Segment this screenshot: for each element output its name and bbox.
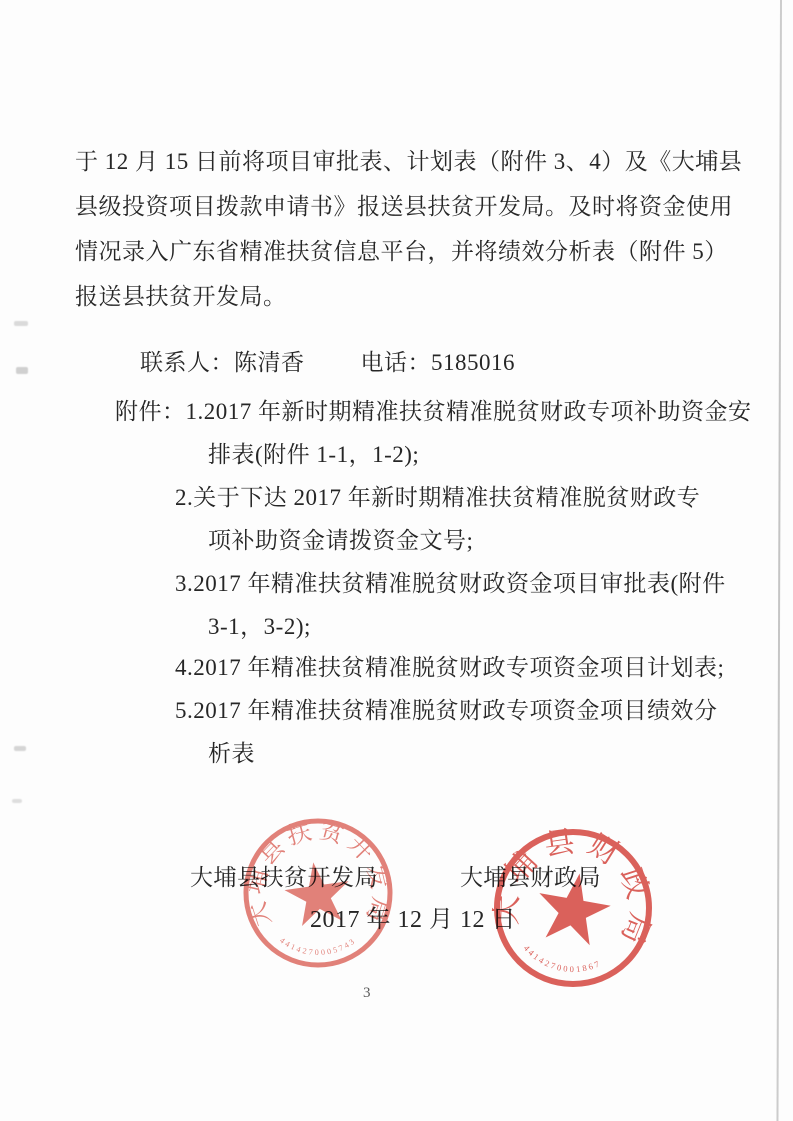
scan-smudge — [16, 367, 28, 374]
paragraph-line: 报送县扶贫开发局。 — [75, 283, 287, 311]
seal-ring — [246, 821, 390, 965]
attachment-line: 项补助资金请拨资金文号; — [208, 527, 473, 555]
scan-smudge — [14, 321, 28, 326]
paragraph-line: 于 12 月 15 日前将项目审批表、计划表（附件 3、4）及《大埔县 — [75, 148, 742, 176]
attachments-label-line: 附件：1.2017 年新时期精准扶贫精准脱贫财政专项补助资金安 — [115, 398, 752, 426]
contact-person-name: 陈清香 — [234, 350, 305, 375]
paragraph-line: 情况录入广东省精准扶贫信息平台，并将绩效分析表（附件 5） — [75, 238, 728, 266]
scanned-document-page: 于 12 月 15 日前将项目审批表、计划表（附件 3、4）及《大埔县 县级投资… — [0, 0, 793, 1121]
signature-date: 2017 年 12 月 12 日 — [310, 906, 516, 934]
attachment-line: 4.2017 年精准扶贫精准脱贫财政专项资金项目计划表; — [175, 654, 724, 682]
seal-code-text: 4414270005743 — [278, 936, 358, 957]
attachment-line: 排表(附件 1-1，1-2); — [208, 441, 419, 469]
contact-phone-number: 5185016 — [431, 350, 515, 375]
attachment-line: 3-1，3-2); — [208, 613, 311, 641]
scan-page-edge-line — [776, 0, 782, 1121]
attachment-line: 5.2017 年精准扶贫精准脱贫财政专项资金项目绩效分 — [175, 697, 718, 725]
signature-org-left: 大埔县扶贫开发局 — [190, 864, 378, 892]
page-number: 3 — [363, 985, 371, 1002]
official-seal-left: 大埔县扶贫开发局 4414270005743 — [233, 808, 403, 978]
attachment-line: 析表 — [208, 740, 255, 768]
contact-person-label: 联系人： — [140, 350, 234, 375]
signature-org-right: 大埔县财政局 — [460, 864, 601, 892]
scan-smudge — [12, 799, 22, 803]
seal-code-text: 4414270001867 — [519, 942, 605, 981]
seal-ring — [497, 832, 649, 984]
attachment-line: 2.关于下达 2017 年新时期精准扶贫精准脱贫财政专 — [175, 484, 700, 512]
scan-smudge — [14, 746, 26, 751]
paragraph-line: 县级投资项目拨款申请书》报送县扶贫开发局。及时将资金使用 — [75, 193, 733, 221]
attachment-line: 3.2017 年精准扶贫精准脱贫财政资金项目审批表(附件 — [175, 570, 726, 598]
contact-line: 联系人：陈清香电话：5185016 — [115, 321, 515, 405]
contact-phone-label: 电话： — [361, 350, 432, 375]
